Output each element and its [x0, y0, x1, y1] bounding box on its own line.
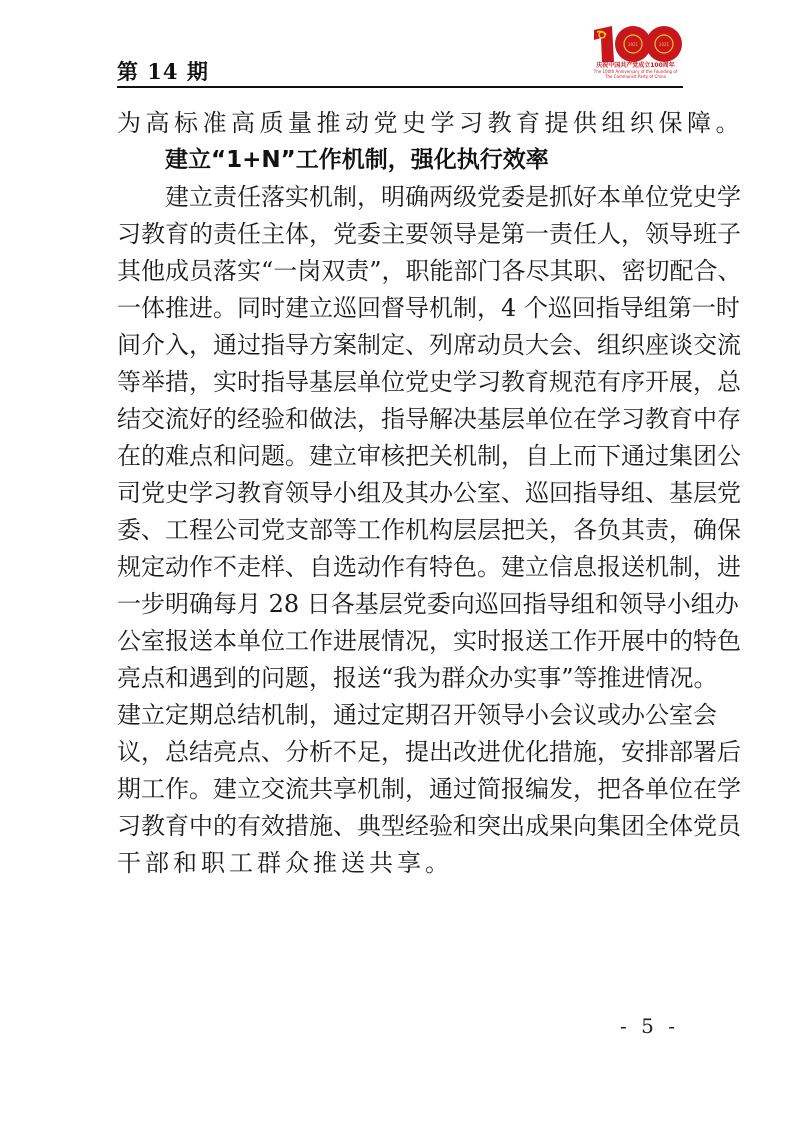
- logo-caption-en-2: The Communist Party of China: [588, 74, 683, 79]
- paragraph-line: 司党史学习教育领导小组及其办公室、巡回指导组、基层党: [117, 475, 677, 512]
- paragraph-line: 规定动作不走样、自选动作有特色。建立信息报送机制，进: [117, 549, 677, 586]
- paragraph-line: 其他成员落实“一岗双责”，职能部门各尽其职、密切配合、: [117, 253, 677, 290]
- svg-text:2021: 2021: [659, 42, 670, 47]
- paragraph-line: 为高标准高质量推动党史学习教育提供组织保障。: [117, 105, 677, 142]
- document-page: 第 14 期 1921 2021 庆祝中国共产党成立100周年 The 100t…: [0, 0, 800, 1131]
- paragraph-line: 结交流好的经验和做法，指导解决基层单位在学习教育中存: [117, 401, 677, 438]
- svg-text:1921: 1921: [628, 42, 639, 47]
- paragraph-line: 一步明确每月 28 日各基层党委向巡回指导组和领导小组办: [117, 586, 677, 623]
- paragraph-line: 等举措，实时指导基层单位党史学习教育规范有序开展，总: [117, 364, 677, 401]
- paragraph-line: 在的难点和问题。建立审核把关机制，自上而下通过集团公: [117, 438, 677, 475]
- paragraph-line: 委、工程公司党支部等工作机构层层把关，各负其责，确保: [117, 512, 677, 549]
- paragraph-line: 建立定期总结机制，通过定期召开领导小会议或办公室会: [117, 697, 677, 734]
- issue-number: 第 14 期: [117, 56, 209, 86]
- paragraph-line: 公室报送本单位工作进展情况，实时报送工作开展中的特色: [117, 623, 677, 660]
- paragraph-line: 一体推进。同时建立巡回督导机制，4 个巡回指导组第一时: [117, 290, 677, 327]
- logo-caption-cn: 庆祝中国共产党成立100周年: [588, 62, 683, 69]
- paragraph-line: 期工作。建立交流共享机制，通过简报编发，把各单位在学: [117, 771, 677, 808]
- paragraph-line: 间介入，通过指导方案制定、列席动员大会、组织座谈交流: [117, 327, 677, 364]
- paragraph-line: 干部和职工群众推送共享。: [117, 845, 677, 882]
- paragraph-line: 亮点和遇到的问题，报送“我为群众办实事”等推进情况。: [117, 660, 677, 697]
- paragraph-line: 习教育中的有效措施、典型经验和突出成果向集团全体党员: [117, 808, 677, 845]
- section-heading: 建立“1+N”工作机制，强化执行效率: [117, 142, 677, 179]
- header-divider: [117, 86, 683, 88]
- paragraph-line: 习教育的责任主体，党委主要领导是第一责任人，领导班子: [117, 216, 677, 253]
- paragraph-line: 建立责任落实机制，明确两级党委是抓好本单位党史学: [117, 179, 677, 216]
- logo-caption: 庆祝中国共产党成立100周年 The 100th Anniversary of …: [588, 62, 683, 79]
- article-body: 为高标准高质量推动党史学习教育提供组织保障。 建立“1+N”工作机制，强化执行效…: [117, 105, 677, 882]
- page-number: - 5 -: [620, 1014, 679, 1038]
- paragraph-line: 议，总结亮点、分析不足，提出改进优化措施，安排部署后: [117, 734, 677, 771]
